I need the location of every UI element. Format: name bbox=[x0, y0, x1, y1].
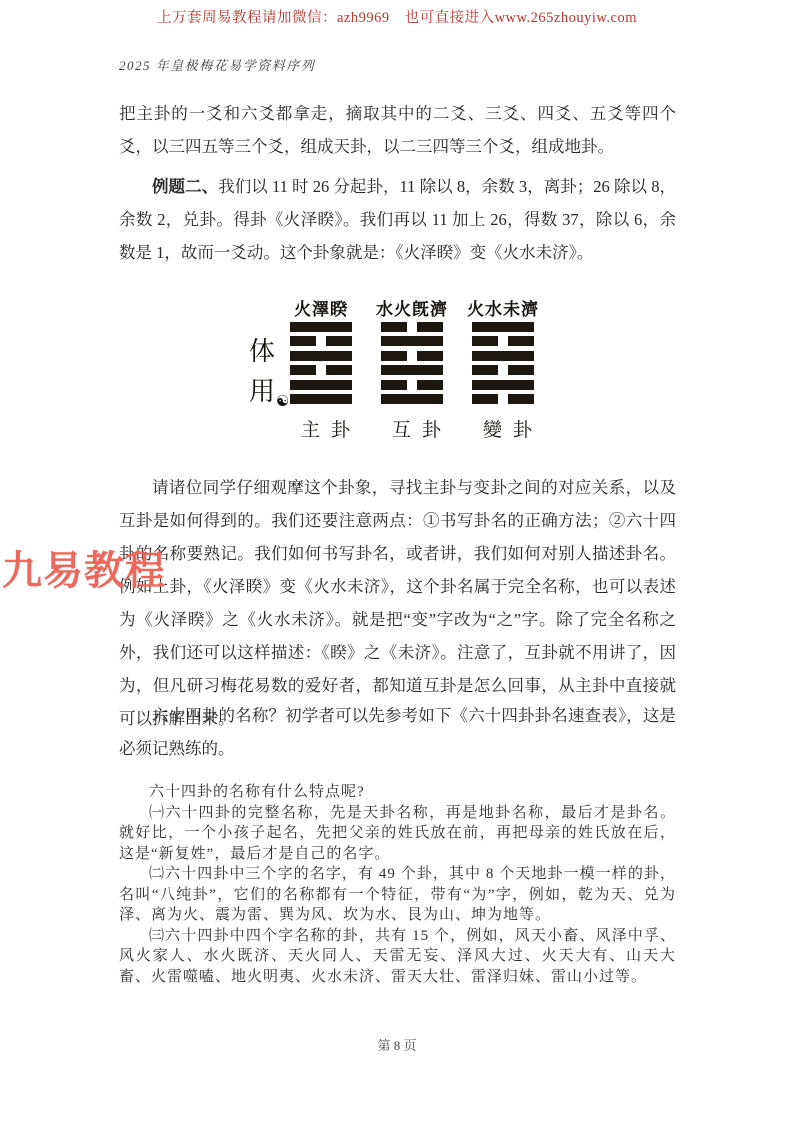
hexagram-column: 火澤睽主卦 bbox=[290, 295, 352, 442]
yang-line bbox=[290, 351, 352, 361]
hexagram-lines bbox=[290, 322, 352, 404]
hexagram-caption: 變卦 bbox=[472, 415, 534, 442]
kai-item-2: ㈡六十四卦中三个字的名字，有 49 个卦，其中 8 个天地卦一模一样的卦，名叫“… bbox=[119, 864, 676, 926]
ti-body-label: 体 bbox=[249, 339, 275, 365]
yin-line bbox=[472, 336, 534, 346]
yin-line bbox=[290, 365, 352, 375]
yin-line bbox=[472, 394, 534, 404]
yin-line bbox=[381, 380, 443, 390]
page-number: 第 8 页 bbox=[0, 1035, 794, 1054]
yang-line bbox=[381, 394, 443, 404]
yin-line bbox=[381, 351, 443, 361]
taiji-icon: ☯ bbox=[276, 394, 289, 409]
hexagram-title: 水火旣濟 bbox=[360, 295, 464, 314]
kai-item-1: ㈠六十四卦的完整名称，先是天卦名称，再是地卦名称，最后才是卦名。就好比，一个小孩… bbox=[119, 803, 676, 865]
yang-line bbox=[472, 351, 534, 361]
kai-heading: 六十四卦的名称有什么特点呢? bbox=[119, 782, 676, 803]
yang-line bbox=[290, 380, 352, 390]
paragraph-names-note: 六十四卦的名称？初学者可以先参考如下《六十四卦卦名速查表》，这是必须记熟练的。 bbox=[119, 699, 676, 765]
hexagram-lines bbox=[381, 322, 443, 404]
hexagram-title: 火水未濟 bbox=[451, 295, 555, 314]
kai-item-3: ㈢六十四卦中四个字名称的卦，共有 15 个，例如，风天小畜、风泽中孚、风火家人、… bbox=[119, 926, 676, 988]
yang-line bbox=[472, 380, 534, 390]
hexagram-lines bbox=[472, 322, 534, 404]
hexagram-row: 火澤睽主卦水火旣濟互卦火水未濟變卦 bbox=[290, 295, 534, 442]
yang-line bbox=[290, 394, 352, 404]
hexagram-diagram: 体 用 ☯ 火澤睽主卦水火旣濟互卦火水未濟變卦 bbox=[0, 295, 794, 437]
watermark: 九易教程 bbox=[2, 539, 166, 596]
hexagram-column: 水火旣濟互卦 bbox=[381, 295, 443, 442]
yong-use-label: 用 bbox=[249, 379, 275, 405]
example2-label: 例题二、 bbox=[152, 177, 218, 196]
document-page: 上万套周易教程请加微信：azh9969 也可直接进入www.265zhouyiw… bbox=[0, 0, 794, 1123]
yang-line bbox=[472, 322, 534, 332]
hexagram-caption: 主卦 bbox=[290, 415, 352, 442]
kai-section: 六十四卦的名称有什么特点呢? ㈠六十四卦的完整名称，先是天卦名称，再是地卦名称，… bbox=[119, 782, 676, 987]
hexagram-column: 火水未濟變卦 bbox=[472, 295, 534, 442]
yin-line bbox=[472, 365, 534, 375]
yin-line bbox=[290, 336, 352, 346]
top-banner: 上万套周易教程请加微信：azh9969 也可直接进入www.265zhouyiw… bbox=[0, 6, 794, 27]
paragraph-example2: 例题二、我们以 11 时 26 分起卦，11 除以 8，余数 3，离卦；26 除… bbox=[119, 170, 676, 269]
paragraph-discussion: 请诸位同学仔细观摩这个卦象，寻找主卦与变卦之间的对应关系，以及互卦是如何得到的。… bbox=[119, 471, 676, 735]
series-header: 2025 年皇极梅花易学资料序列 bbox=[119, 55, 315, 74]
yang-line bbox=[381, 336, 443, 346]
yang-line bbox=[381, 365, 443, 375]
hexagram-title: 火澤睽 bbox=[269, 295, 373, 314]
hexagram-caption: 互卦 bbox=[381, 415, 443, 442]
yang-line bbox=[290, 322, 352, 332]
yin-line bbox=[381, 322, 443, 332]
paragraph-intro: 把主卦的一爻和六爻都拿走，摘取其中的二爻、三爻、四爻、五爻等四个爻，以三四五等三… bbox=[119, 97, 676, 163]
